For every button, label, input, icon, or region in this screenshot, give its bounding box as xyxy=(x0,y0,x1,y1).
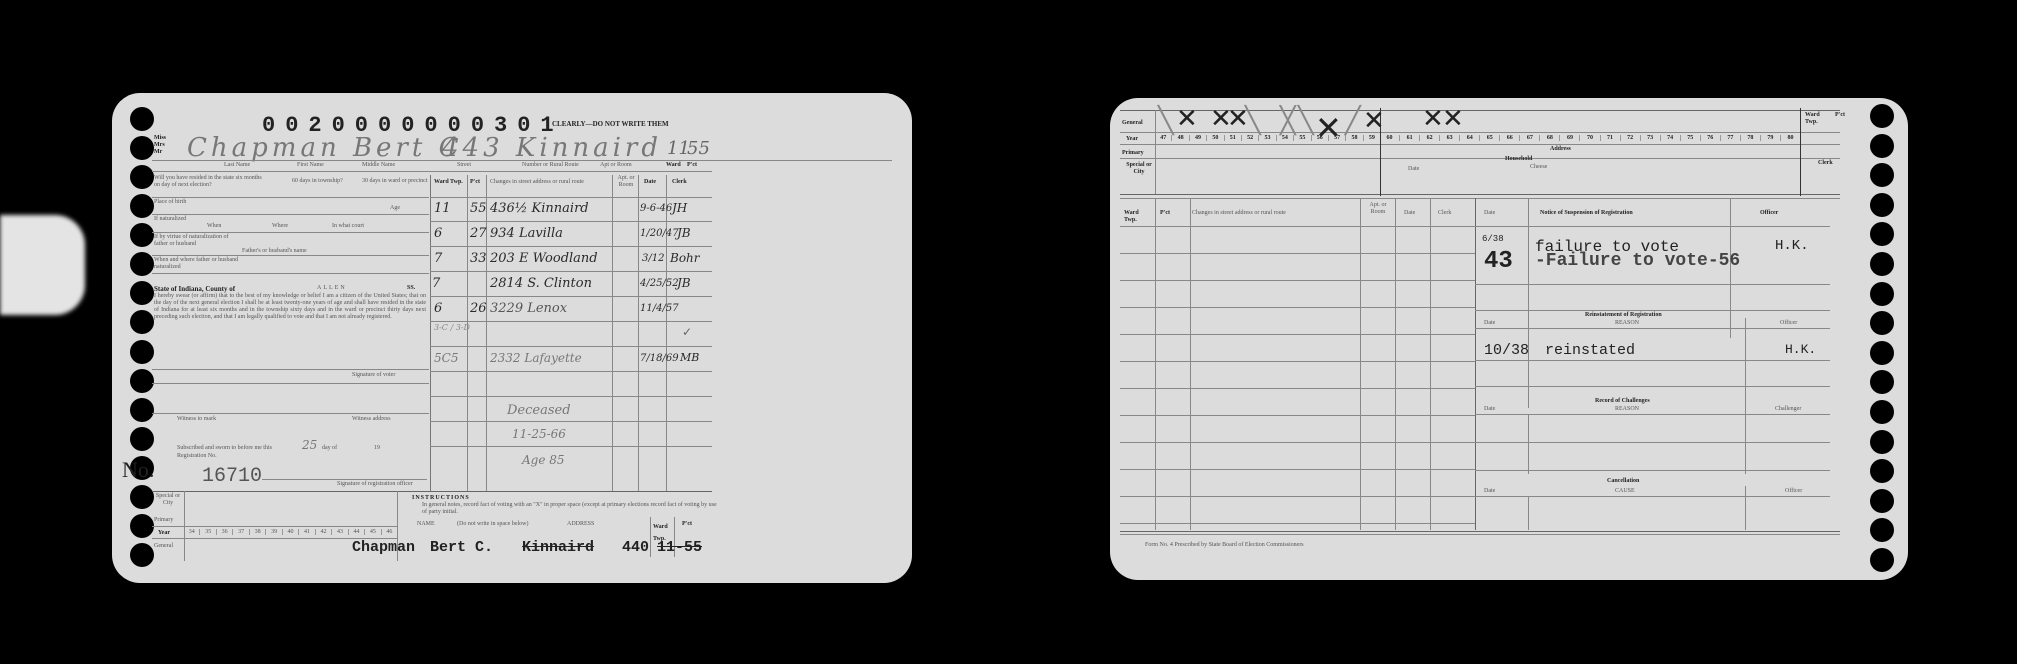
challenges-date-header: Date xyxy=(1484,406,1495,412)
suspension-title: Notice of Suspension of Registration xyxy=(1540,210,1633,216)
row-3-pct: 33 xyxy=(470,251,487,266)
row-7-date: 7/18/69 xyxy=(640,353,679,364)
typed-street: Kinnaird xyxy=(522,539,594,556)
registration-number: 16710 xyxy=(202,465,262,488)
top-label-general: General xyxy=(1122,120,1143,126)
cancellation-cause-header: CAUSE xyxy=(1615,488,1635,494)
suspension-date-header: Date xyxy=(1484,210,1495,216)
label-first-name: First Name xyxy=(297,162,324,168)
instructions-title: INSTRUCTIONS xyxy=(412,495,470,501)
footer-name-label: NAME xyxy=(417,521,435,527)
reinstatement-officer: H.K. xyxy=(1785,342,1816,357)
header-pct: P'ct xyxy=(470,179,480,185)
row-2-pct: 27 xyxy=(470,226,487,241)
row-5-date: 11/4/57 xyxy=(640,303,679,314)
row-5-ward: 6 xyxy=(434,301,442,316)
row-1-address: 436½ Kinnaird xyxy=(490,201,589,216)
cancellation-officer-header: Officer xyxy=(1785,488,1802,494)
day-of-label: day of xyxy=(322,445,337,451)
vote-label-year: Year xyxy=(158,530,170,536)
signature-officer-label: Signature of registration officer xyxy=(337,481,413,487)
residence-30-days: 30 days in ward or precinct xyxy=(362,178,432,185)
label-street: Street xyxy=(457,162,471,168)
father-name-label: Father's or husband's name xyxy=(242,248,307,254)
row-2-address: 934 Lavilla xyxy=(490,226,563,241)
subscribed-text: Subscribed and sworn to before me this xyxy=(177,445,272,451)
row-6-ward: 3-C / 3-D xyxy=(434,323,470,332)
suspension-overstrike-date: 43 xyxy=(1484,248,1513,275)
row-2-clerk: JB xyxy=(677,226,691,240)
row-1-date: 9-6-46 xyxy=(640,203,672,214)
residence-question: Will you have resided in the state six m… xyxy=(154,175,264,189)
note-deceased: Deceased xyxy=(507,403,571,418)
back-header-apt: Apt. or Room xyxy=(1366,202,1390,216)
row-5-pct: 26 xyxy=(470,301,487,316)
row-5-address: 3229 Lenox xyxy=(490,301,567,316)
header-apt: Apt. or Room xyxy=(616,175,636,189)
vote-label-primary: Primary xyxy=(154,517,173,523)
label-ward: Ward xyxy=(666,162,681,168)
row-1-clerk: JH xyxy=(672,201,687,215)
suspension-officer: H.K. xyxy=(1775,238,1809,254)
top-label-year: Year xyxy=(1126,136,1138,142)
row-3-ward: 7 xyxy=(434,251,442,266)
suspension-officer-header: Officer xyxy=(1760,210,1778,216)
footer-address-label: ADDRESS xyxy=(567,521,594,527)
vote-label-general: General xyxy=(154,543,173,549)
typed-ward-pct: 11-55 xyxy=(657,539,702,556)
registration-card-front: 0020000000301 CLEARLY—DO NOT WRITE THEM … xyxy=(112,93,912,583)
cancellation-date-header: Date xyxy=(1484,488,1495,494)
label-cheese: Cheese xyxy=(1530,164,1547,170)
row-7-clerk: MB xyxy=(680,351,699,364)
top-clerk: Clerk xyxy=(1818,160,1833,166)
top-label-special: Special or City xyxy=(1124,162,1154,176)
back-header-pct: P'ct xyxy=(1160,210,1170,216)
pct-value: 55 xyxy=(687,138,710,159)
oath-heading: State of Indiana, County of xyxy=(154,285,235,293)
court-label: In what court xyxy=(332,223,364,229)
naturalized-label: If naturalized xyxy=(154,216,204,223)
when-where-label: When and where father or husband natural… xyxy=(154,257,244,271)
row-4-clerk: JB xyxy=(677,276,691,290)
instructions-text: In general notes, record fact of voting … xyxy=(422,502,722,516)
note-age: Age 85 xyxy=(522,453,565,467)
back-header-changes: Changes in street address or rural route xyxy=(1192,210,1286,216)
typed-first-name: Bert C. xyxy=(430,539,493,556)
row-7-ward: 5C5 xyxy=(434,351,458,365)
ss-label: SS. xyxy=(407,285,415,291)
row-7-address: 2332 Lafayette xyxy=(490,351,582,365)
row-4-address: 2814 S. Clinton xyxy=(490,276,592,291)
overexposed-artifact xyxy=(0,215,85,315)
header-changes: Changes in street address or rural route xyxy=(490,179,584,185)
row-2-date: 1/20/47 xyxy=(640,228,679,239)
number-sign: No. xyxy=(122,457,154,483)
label-address: Address xyxy=(1550,146,1571,152)
by-virtue-label: If by virtue of naturalization of father… xyxy=(154,234,234,248)
oath-text: I hereby swear (or affirm) that to the b… xyxy=(154,293,426,321)
vote-label-special: Special or City xyxy=(154,493,182,507)
registration-card-back: General Year Primary Special or City 47 … xyxy=(1110,98,1908,580)
label-number: Number or Rural Route xyxy=(522,162,579,168)
row-3-date: 3/12 xyxy=(642,253,664,264)
row-6-check-icon: ✓ xyxy=(682,325,692,340)
when-label: When xyxy=(207,223,221,229)
subscribed-day: 25 xyxy=(302,438,317,452)
back-header-date: Date xyxy=(1404,210,1415,216)
back-header-clerk: Clerk xyxy=(1438,210,1451,216)
header-ward-twp: Ward Twp. xyxy=(434,179,463,186)
label-apt: Apt or Room xyxy=(600,162,632,168)
label-pct: P'ct xyxy=(687,162,697,168)
cancellation-title: Cancellation xyxy=(1607,478,1639,484)
reinstatement-title: Reinstatement of Registration xyxy=(1585,312,1662,318)
label-date: Date xyxy=(1408,166,1419,172)
where-label: Where xyxy=(272,223,288,229)
punch-holes-right xyxy=(1870,104,1894,572)
reinstatement-reason: reinstated xyxy=(1545,342,1635,359)
signature-voter-label: Signature of voter xyxy=(352,372,395,378)
row-1-pct: 55 xyxy=(470,201,487,216)
header-date: Date xyxy=(644,179,656,185)
residence-60-days: 60 days in township? xyxy=(292,178,352,185)
typed-last-name: Chapman xyxy=(352,539,415,556)
row-3-address: 203 E Woodland xyxy=(490,251,598,266)
row-4-ward: 7 xyxy=(432,276,440,291)
punch-holes-left xyxy=(130,107,154,567)
row-4-date: 4/25/52 xyxy=(640,278,679,289)
header-instruction: CLEARLY—DO NOT WRITE THEM xyxy=(552,120,669,128)
row-2-ward: 6 xyxy=(434,226,442,241)
note-date: 11-25-66 xyxy=(512,427,566,441)
challenges-challenger-header: Challenger xyxy=(1775,406,1801,412)
street-handwritten: 443 Kinnaird xyxy=(442,133,662,163)
footer-do-not-write: (Do not write in space below) xyxy=(457,521,528,527)
challenges-reason-header: REASON xyxy=(1615,406,1639,412)
suspension-overstrike-text: -Failure to vote-56 xyxy=(1535,251,1740,271)
top-pct: P'ct xyxy=(1835,112,1845,118)
challenges-title: Record of Challenges xyxy=(1595,398,1650,404)
county-value: ALLEN xyxy=(317,285,347,291)
row-1-ward: 11 xyxy=(434,201,451,216)
header-clerk: Clerk xyxy=(672,179,687,185)
label-middle-name: Middle Name xyxy=(362,162,395,168)
salutations: MissMrsMr xyxy=(154,135,166,156)
witness-label: Witness to mark xyxy=(177,416,216,422)
vote-grid-years: 34 35 36 37 38 39 40 41 42 43 44 45 46 xyxy=(184,529,397,535)
witness-address-label: Witness address xyxy=(352,416,391,422)
suspension-date: 6/38 xyxy=(1482,234,1504,244)
form-footer: Form No. 4 Prescribed by State Board of … xyxy=(1145,542,1304,548)
reinstatement-date: 10/38 xyxy=(1484,342,1529,359)
reinstatement-officer-header: Officer xyxy=(1780,320,1797,326)
typed-number: 440 xyxy=(622,539,649,556)
reinstatement-date-header: Date xyxy=(1484,320,1495,326)
label-last-name: Last Name xyxy=(224,162,250,168)
footer-pct: P'ct xyxy=(682,521,692,527)
voter-name-handwritten: Chapman Bert C xyxy=(187,133,462,163)
top-ward-twp: Ward Twp. xyxy=(1805,112,1830,126)
row-3-clerk: Bohr xyxy=(670,251,700,265)
registration-no-label: Registration No. xyxy=(177,453,217,459)
year-prefix: 19 xyxy=(374,445,380,451)
reinstatement-reason-header: REASON xyxy=(1615,320,1639,326)
label-household: Household xyxy=(1505,156,1532,162)
place-of-birth-label: Place of birth xyxy=(154,199,194,206)
top-years-b: 60 61 62 63 64 65 66 67 68 69 70 71 72 7… xyxy=(1380,135,1800,141)
top-label-primary: Primary xyxy=(1122,150,1144,156)
back-header-ward: Ward Twp. xyxy=(1124,210,1144,224)
age-label: Age xyxy=(390,205,400,211)
